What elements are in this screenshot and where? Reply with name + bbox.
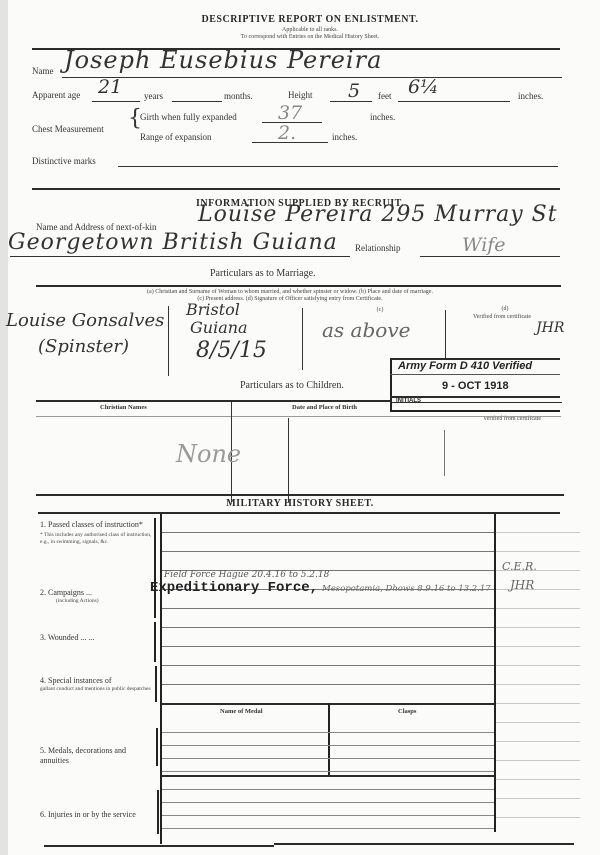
name-label: Name (32, 66, 54, 76)
next-of-kin-line2: Georgetown British Guiana (8, 230, 338, 255)
section-brace (154, 622, 156, 662)
section-number: 1. (40, 520, 46, 529)
campaign-entry-handwritten: Field Force Hague 20.4.16 to 5.2.18 (164, 570, 329, 580)
present-address: as above (322, 318, 410, 342)
age-value: 21 (98, 76, 122, 98)
section-4: 4. Special instances of gallant conduct … (40, 676, 152, 693)
section-note: gallant conduct and mentions in public d… (40, 686, 152, 693)
feet-label: feet (378, 91, 392, 101)
stamp-line1: Army Form D 410 Verified (398, 360, 532, 372)
girth-label: Girth when fully expanded (140, 112, 237, 122)
divider (36, 494, 564, 496)
ruled-lines-top (162, 514, 494, 704)
divider (390, 402, 562, 403)
stamp-initials: INITIALS (396, 398, 421, 404)
col-c-marker: (c) (370, 307, 390, 314)
section-brace (154, 518, 156, 618)
height-label: Height (288, 90, 313, 100)
months-underline (172, 101, 222, 102)
section-label: Special instances of (48, 676, 112, 685)
marriage-place-2: Guiana (190, 318, 248, 337)
girth-value: 37 (278, 102, 302, 124)
relationship-value: Wife (462, 234, 506, 256)
bottom-divider (274, 843, 574, 845)
name-underline (62, 77, 562, 78)
section-label: Medals, decorations and annuities (40, 746, 126, 765)
section-6: 6. Injuries in or by the service (40, 810, 152, 820)
enlistment-document: DESCRIPTIVE REPORT ON ENLISTMENT. Applic… (0, 0, 600, 855)
scan-edge (0, 0, 8, 855)
marriage-place-1: Bristol (186, 300, 240, 319)
range-value: 2. (278, 122, 296, 144)
officer-signature: JHR (536, 320, 564, 336)
spouse-status: (Spinster) (38, 336, 129, 357)
section-3: 3. Wounded ... ... (40, 633, 152, 643)
divider (36, 416, 561, 417)
col-divider (302, 308, 303, 370)
divider (36, 285, 561, 287)
marks-label: Distinctive marks (32, 156, 96, 166)
chest-label: Chest Measurement (32, 124, 104, 134)
section-number: 5. (40, 746, 46, 755)
section-label: Injuries in or by the service (48, 810, 136, 819)
girth-unit: inches. (370, 112, 395, 122)
report-subtitle-1: Applicable to all ranks. (150, 27, 470, 34)
children-title: Particulars as to Children. (240, 380, 344, 391)
marks-underline (118, 166, 558, 167)
months-label: months. (224, 91, 253, 101)
children-col-birth: Date and Place of Birth (292, 404, 357, 411)
military-history-title: MILITARY HISTORY SHEET. (200, 498, 400, 509)
medals-ruled-lines (162, 720, 494, 774)
children-col-verified: Verified from certificate (462, 416, 562, 423)
section-note: (including Actions) (40, 598, 152, 605)
next-of-kin-underline (10, 256, 350, 257)
section-note: * This includes any authorised class of … (40, 532, 152, 545)
relationship-underline (420, 256, 560, 257)
section-number: 6. (40, 810, 46, 819)
report-title: DESCRIPTIVE REPORT ON ENLISTMENT. (150, 14, 470, 25)
margin-note-1: C.E.R. (502, 560, 537, 573)
children-col-names: Christian Names (100, 404, 147, 411)
stamp-date: 9 - OCT 1918 (442, 380, 509, 392)
section-brace (157, 790, 159, 834)
col-divider (444, 430, 445, 476)
report-subtitle-2: To correspond with Entries on the Medica… (150, 34, 470, 41)
section-brace (156, 728, 158, 766)
age-label: Apparent age (32, 90, 80, 100)
section-number: 2. (40, 588, 46, 597)
next-of-kin-line1: Louise Pereira 295 Murray St (198, 202, 558, 227)
campaign-entry-handwritten-2: Mesopotamia, Dhows 8.9.16 to 13.2.17 (322, 584, 491, 594)
col-divider (168, 306, 169, 376)
divider (32, 188, 560, 190)
height-inches-value: 6¼ (408, 76, 439, 98)
section-label: Wounded ... ... (48, 633, 94, 642)
range-label: Range of expansion (140, 132, 211, 142)
marriage-instructions-1: (a) Christian and Surname of Woman to wh… (60, 289, 520, 296)
section-label: Passed classes of instruction* (48, 520, 143, 529)
medal-col-clasps: Clasps (398, 708, 416, 715)
children-value: None (176, 440, 241, 468)
section-1: 1. Passed classes of instruction* * This… (40, 520, 152, 545)
relationship-label: Relationship (355, 243, 401, 253)
years-label: years (144, 91, 163, 101)
section-number: 4. (40, 676, 46, 685)
section-brace (155, 666, 157, 702)
inches-label: inches. (518, 91, 543, 101)
name-value: Joseph Eusebius Pereira (64, 46, 382, 74)
col-divider (445, 310, 446, 358)
bottom-divider (44, 845, 274, 847)
marriage-title: Particulars as to Marriage. (210, 268, 316, 279)
divider (36, 400, 390, 402)
section-5: 5. Medals, decorations and annuities (40, 746, 152, 766)
col-d-marker: (d) (490, 306, 520, 313)
section-number: 3. (40, 633, 46, 642)
injuries-ruled-lines (162, 777, 494, 833)
marriage-instructions-2: (c) Present address. (d) Signature of Of… (60, 296, 520, 303)
stamp-divider (390, 374, 560, 375)
height-feet-value: 5 (348, 80, 360, 102)
spouse-name: Louise Gonsalves (6, 310, 164, 331)
range-unit: inches. (332, 132, 357, 142)
medal-col-name: Name of Medal (220, 708, 263, 715)
col-divider (288, 418, 289, 502)
age-underline (92, 101, 140, 102)
marriage-date: 8/5/15 (196, 338, 267, 363)
height-inches-underline (398, 101, 510, 102)
section-2: 2. Campaigns ... (including Actions) (40, 588, 152, 605)
margin-note-2: JHR (510, 578, 534, 592)
campaign-entry-typed: Expeditionary Force, (150, 580, 318, 596)
section-label: Campaigns ... (48, 588, 92, 597)
